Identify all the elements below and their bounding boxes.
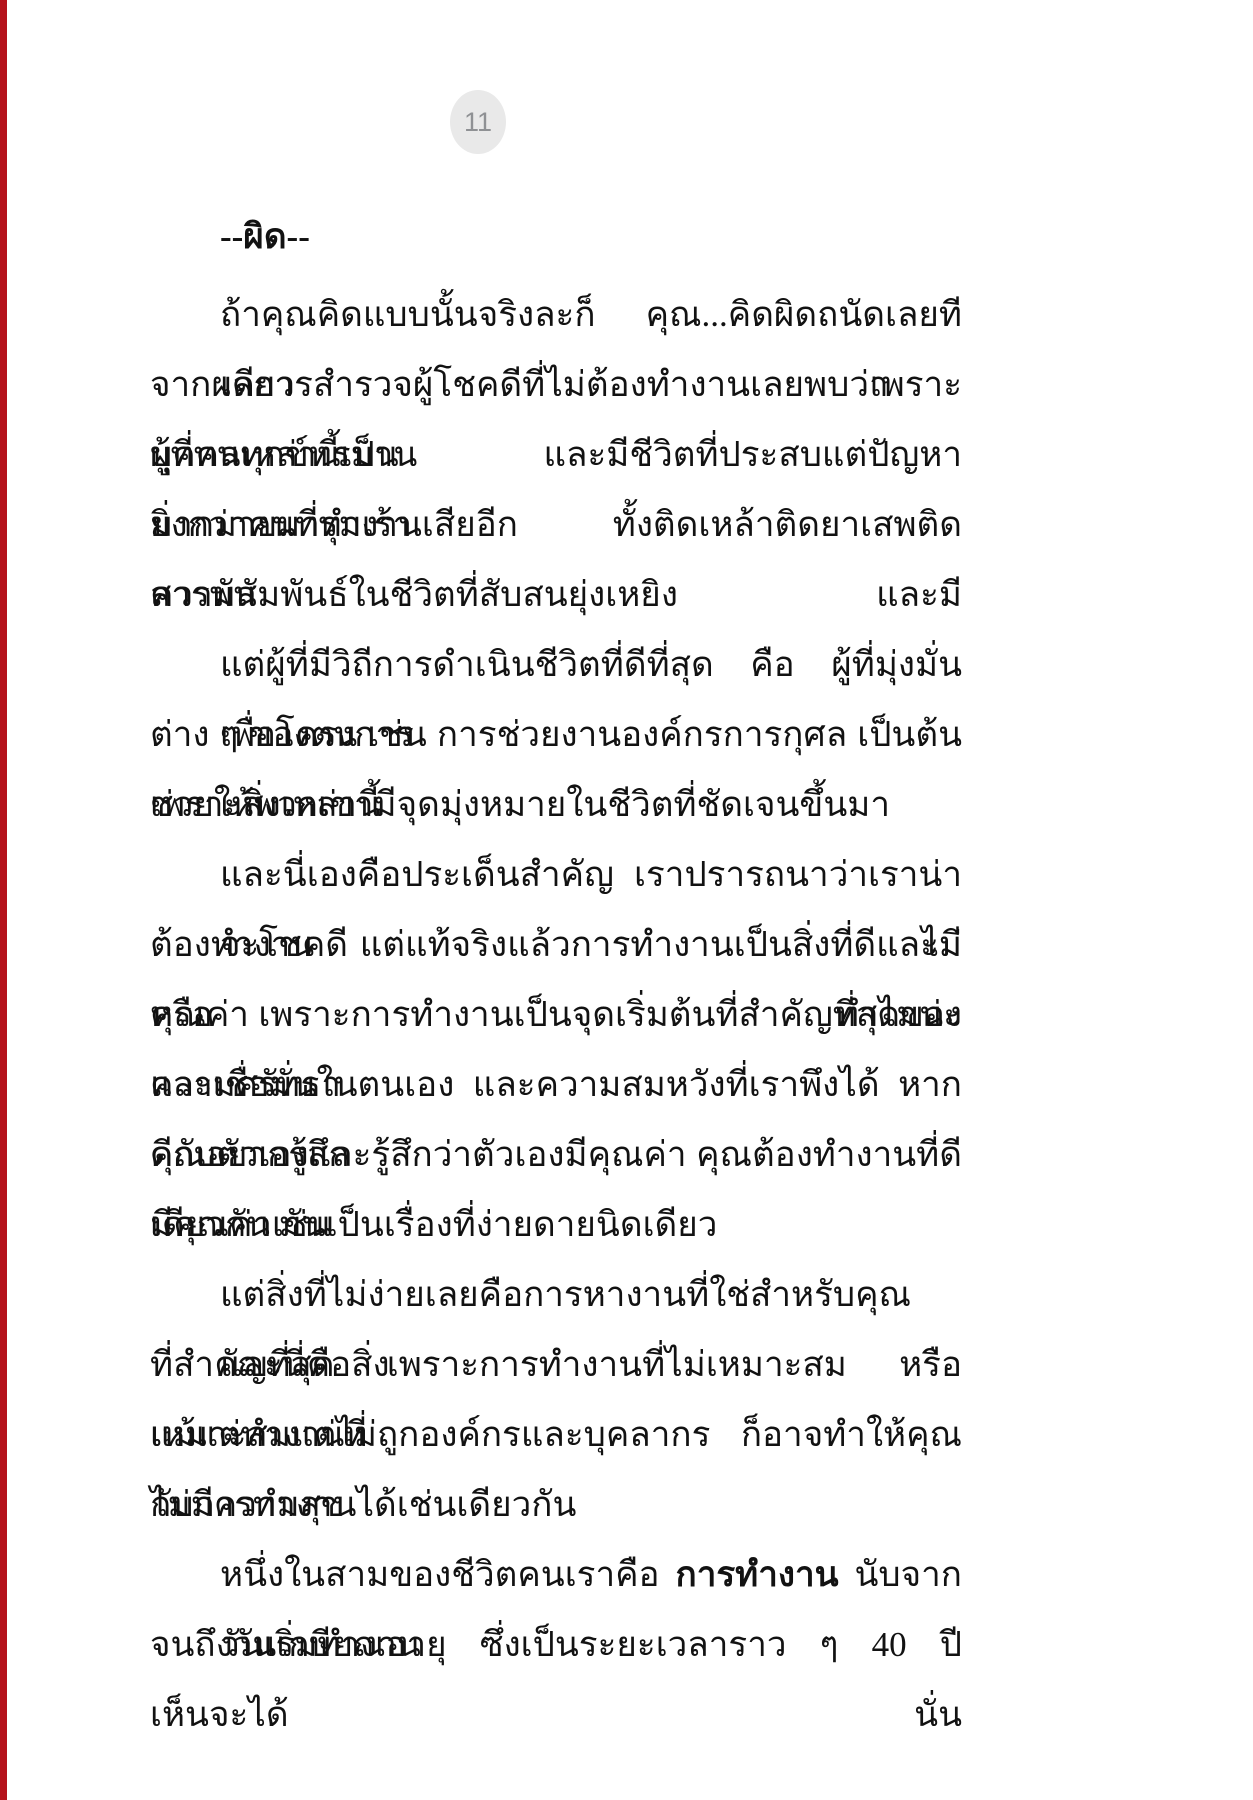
text-line: หนึ่งในสามของชีวิตคนเราคือ การทำงาน นับจ…	[150, 1540, 962, 1610]
book-page: 11 --ผิด-- ถ้าคุณคิดแบบนั้นจริงละก็ คุณ.…	[0, 0, 1253, 1800]
text-line: กับการทำงานได้เช่นเดียวกัน	[150, 1470, 962, 1540]
text-line: ช่วยให้พวกเขามีจุดมุ่งหมายในชีวิตที่ชัดเ…	[150, 770, 962, 840]
page-number-badge: 11	[450, 90, 506, 154]
text-line: เดียวกัน มันเป็นเรื่องที่ง่ายดายนิดเดียว	[150, 1190, 962, 1260]
text-line: และนี่เองคือประเด็นสำคัญ เราปรารถนาว่าเร…	[150, 840, 962, 910]
text-line: เหมาะสมแต่ไม่ถูกองค์กรและบุคลากร ก็อาจทำ…	[150, 1400, 962, 1470]
page-number: 11	[464, 107, 492, 137]
text-line: จากผลการสำรวจผู้โชคดีที่ไม่ต้องทำงานเลยพ…	[150, 350, 962, 420]
text-line: จนถึงวันเกษียณอายุ ซึ่งเป็นระยะเวลาราว ๆ…	[150, 1610, 962, 1680]
text-line: และเชื่อมั่นในตนเอง และความสมหวังที่เราพ…	[150, 1050, 962, 1120]
text-line: แต่สิ่งที่ไม่ง่ายเลยคือการหางานที่ใช่สำห…	[150, 1260, 962, 1330]
text-line: ผู้ที่ทนทุกข์ทรมาน และมีชีวิตที่ประสบแต่…	[150, 420, 962, 490]
text-line: ถ้าคุณคิดแบบนั้นจริงละก็ คุณ...คิดผิดถนั…	[150, 280, 962, 350]
text-line: แต่ผู้ที่มีวิถีการดำเนินชีวิตที่ดีที่สุด…	[150, 630, 962, 700]
page-edge-accent	[0, 0, 7, 1800]
text-line: หรือ เพราะการทำงานเป็นจุดเริ่มต้นที่สำคั…	[150, 980, 962, 1050]
text-line: ดีกับตัวเองและรู้สึกว่าตัวเองมีคุณค่า คุ…	[150, 1120, 962, 1190]
section-heading: --ผิด--	[150, 202, 962, 272]
emphasis-text: การทำงาน	[676, 1555, 839, 1594]
text-segment: หนึ่งในสามของชีวิตคนเราคือ	[220, 1555, 676, 1594]
text-line: ต่าง ๆ ของตน เช่น การช่วยงานองค์กรการกุศ…	[150, 700, 962, 770]
page-body-text: --ผิด-- ถ้าคุณคิดแบบนั้นจริงละก็ คุณ...ค…	[150, 202, 962, 1680]
text-line: ยิ่งกว่าคนที่ทำงานเสียอีก ทั้งติดเหล้าติ…	[150, 490, 962, 560]
text-line: ที่สำคัญที่สุด เพราะการทำงานที่ไม่เหมาะส…	[150, 1330, 962, 1400]
text-line: ต้องทำงาน แต่แท้จริงแล้วการทำงานเป็นสิ่ง…	[150, 910, 962, 980]
